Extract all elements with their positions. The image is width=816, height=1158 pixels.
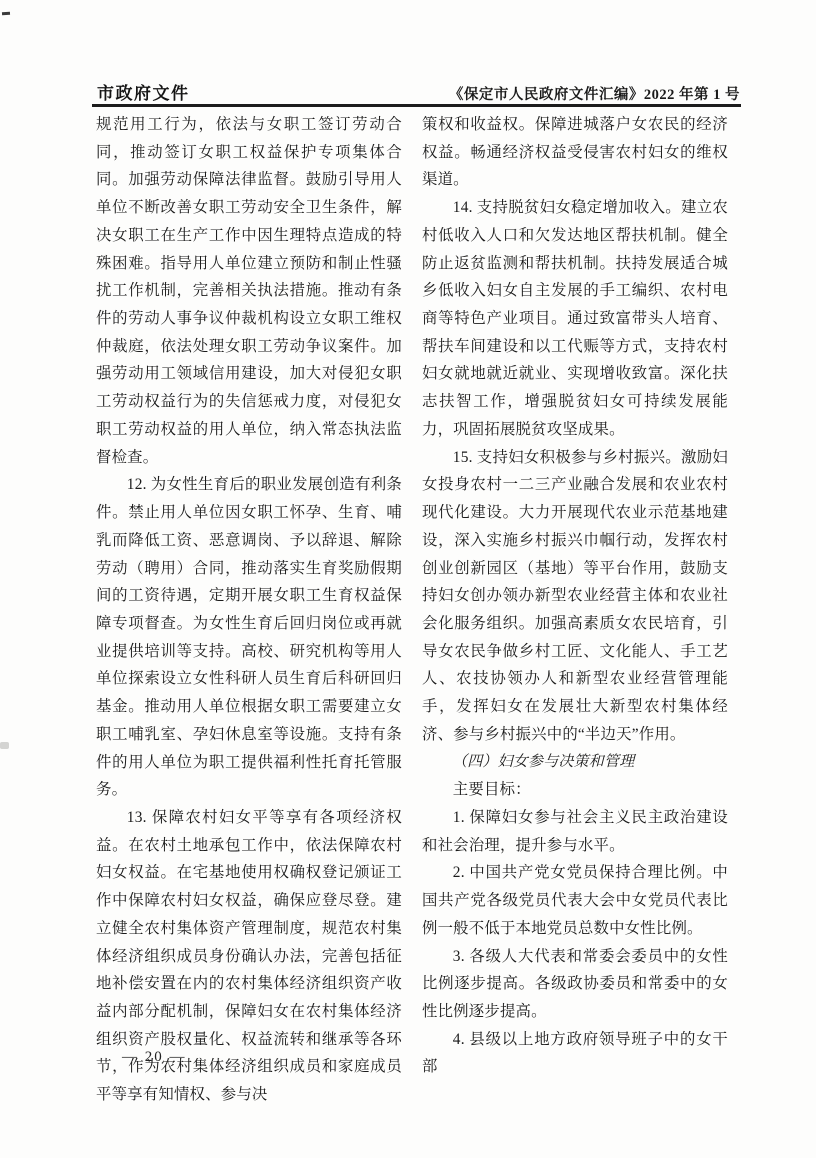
- header-left-title: 市政府文件: [97, 79, 190, 104]
- body-paragraph: 主要目标：: [422, 776, 728, 804]
- body-paragraph: 策权和收益权。保障进城落户女农民的经济权益。畅通经济权益受侵害农村妇女的维权渠道…: [422, 111, 728, 194]
- header-right-title: 《保定市人民政府文件汇编》2022 年第 1 号: [449, 83, 740, 104]
- body-paragraph: 2. 中国共产党女党员保持合理比例。中国共产党各级党员代表大会中女党员代表比例一…: [422, 859, 728, 942]
- scan-artifact-smudge: [0, 742, 9, 749]
- header-rule: [92, 104, 741, 107]
- page-header: 市政府文件 《保定市人民政府文件汇编》2022 年第 1 号: [97, 79, 740, 104]
- body-paragraph: 4. 县级以上地方政府领导班子中的女干部: [422, 1026, 728, 1081]
- body-paragraph: 15. 支持妇女积极参与乡村振兴。激励妇女投身农村一二三产业融合发展和农业农村现…: [422, 444, 728, 749]
- document-page: 市政府文件 《保定市人民政府文件汇编》2022 年第 1 号 规范用工行为，依法…: [0, 0, 816, 1158]
- body-paragraph: 规范用工行为，依法与女职工签订劳动合同，推动签订女职工权益保护专项集体合同。加强…: [96, 111, 402, 471]
- body-paragraph: 3. 各级人大代表和常委会委员中的女性比例逐步提高。各级政协委员和常委中的女性比…: [422, 943, 728, 1026]
- column-left: 规范用工行为，依法与女职工签订劳动合同，推动签订女职工权益保护专项集体合同。加强…: [96, 111, 402, 1109]
- body-columns: 规范用工行为，依法与女职工签订劳动合同，推动签订女职工权益保护专项集体合同。加强…: [96, 111, 728, 1109]
- scan-artifact-mark: [2, 12, 10, 16]
- page-number: — 20 —: [122, 1049, 187, 1066]
- body-paragraph: 1. 保障妇女参与社会主义民主政治建设和社会治理，提升参与水平。: [422, 804, 728, 859]
- body-paragraph: 14. 支持脱贫妇女稳定增加收入。建立农村低收入人口和欠发达地区帮扶机制。健全防…: [422, 194, 728, 443]
- body-paragraph: 12. 为女性生育后的职业发展创造有利条件。禁止用人单位因女职工怀孕、生育、哺乳…: [96, 471, 402, 804]
- column-right: 策权和收益权。保障进城落户女农民的经济权益。畅通经济权益受侵害农村妇女的维权渠道…: [422, 111, 728, 1109]
- section-heading: （四）妇女参与决策和管理: [422, 749, 728, 777]
